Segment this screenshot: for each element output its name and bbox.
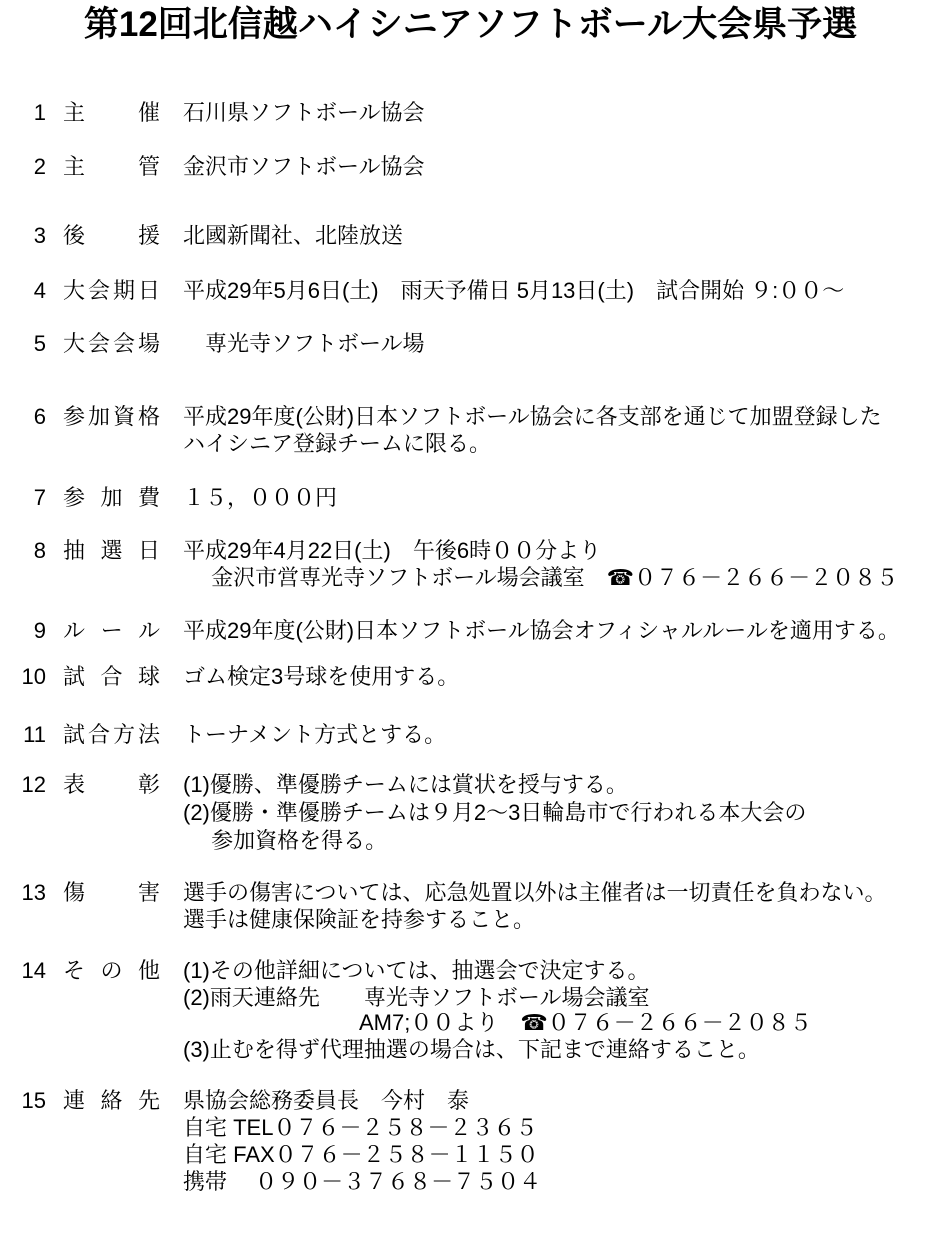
item-label-3: 後援 [63,224,160,248]
item-15-line-3: 自宅 FAX０７６－２５８－１１５０ [183,1143,539,1167]
document-page: 第12回北信越ハイシニアソフトボール大会県予選 1主催石川県ソフトボール協会2主… [0,0,941,1237]
item-label-9: ルール [63,619,160,643]
item-label-14: その他 [63,959,160,983]
item-number-4: 4 [20,279,46,303]
item-2-line-1: 金沢市ソフトボール協会 [183,155,425,179]
item-number-7: 7 [20,486,46,510]
item-label-10: 試合球 [63,665,160,689]
item-6-line-2: ハイシニア登録チームに限る。 [183,432,491,456]
item-8-line-2: 金沢市営専光寺ソフトボール場会議室 ☎０７６－２６６－２０８５ [183,566,898,590]
item-label-11: 試合方法 [63,723,160,747]
item-9-line-1: 平成29年度(公財)日本ソフトボール協会オフィシャルルールを適用する。 [183,619,900,643]
item-label-6: 参加資格 [63,405,160,429]
item-label-2: 主管 [63,155,160,179]
item-number-5: 5 [20,332,46,356]
item-number-1: 1 [20,101,46,125]
item-number-8: 8 [20,539,46,563]
item-12-line-2: (2)優勝・準優勝チームは９月2～3日輪島市で行われる本大会の [183,801,806,825]
item-4-line-1: 平成29年5月6日(土) 雨天予備日 5月13日(土) 試合開始 ９:００～ [183,279,844,303]
item-number-10: 10 [20,665,46,689]
item-8-line-1: 平成29年4月22日(土) 午後6時００分より [183,539,601,563]
item-10-line-1: ゴム検定3号球を使用する。 [183,665,459,689]
item-5-line-1: 専光寺ソフトボール場 [183,332,425,356]
item-12-line-3: 参加資格を得る。 [183,829,387,853]
item-number-6: 6 [20,405,46,429]
item-6-line-1: 平成29年度(公財)日本ソフトボール協会に各支部を通じて加盟登録した [183,405,882,429]
document-title: 第12回北信越ハイシニアソフトボール大会県予選 [0,5,941,45]
item-number-13: 13 [20,881,46,905]
item-label-7: 参加費 [63,486,160,510]
item-1-line-1: 石川県ソフトボール協会 [183,101,425,125]
item-11-line-1: トーナメント方式とする。 [183,723,446,747]
item-label-8: 抽選日 [63,539,160,563]
item-13-line-2: 選手は健康保険証を持参すること。 [183,908,535,932]
item-label-13: 傷害 [63,881,160,905]
item-13-line-1: 選手の傷害については、応急処置以外は主催者は一切責任を負わない。 [183,881,887,905]
item-number-3: 3 [20,224,46,248]
item-label-4: 大会期日 [63,279,160,303]
item-15-line-2: 自宅 TEL０７６－２５８－２３６５ [183,1116,537,1140]
item-12-line-1: (1)優勝、準優勝チームには賞状を授与する。 [183,773,628,797]
item-label-15: 連絡先 [63,1089,160,1113]
item-3-line-1: 北國新聞社、北陸放送 [183,224,403,248]
item-14-line-1: (1)その他詳細については、抽選会で決定する。 [183,959,649,983]
item-number-15: 15 [20,1089,46,1113]
item-label-12: 表彰 [63,773,160,797]
item-label-1: 主催 [63,101,160,125]
item-label-5: 大会会場 [63,332,160,356]
item-14-line-4: (3)止むを得ず代理抽選の場合は、下記まで連絡すること。 [183,1038,760,1062]
item-number-12: 12 [20,773,46,797]
item-7-line-1: １５，０００円 [183,486,337,510]
item-number-9: 9 [20,619,46,643]
item-number-11: 11 [20,723,46,747]
item-15-line-1: 県協会総務委員長 今村 泰 [183,1089,469,1113]
item-15-line-4: 携帯 ０９０－３７６８－７５０４ [183,1170,541,1194]
item-14-line-2: (2)雨天連絡先 専光寺ソフトボール場会議室 [183,986,649,1010]
item-14-line-3: AM7;００より ☎０７６－２６６－２０８５ [183,1011,812,1035]
item-number-2: 2 [20,155,46,179]
item-number-14: 14 [20,959,46,983]
